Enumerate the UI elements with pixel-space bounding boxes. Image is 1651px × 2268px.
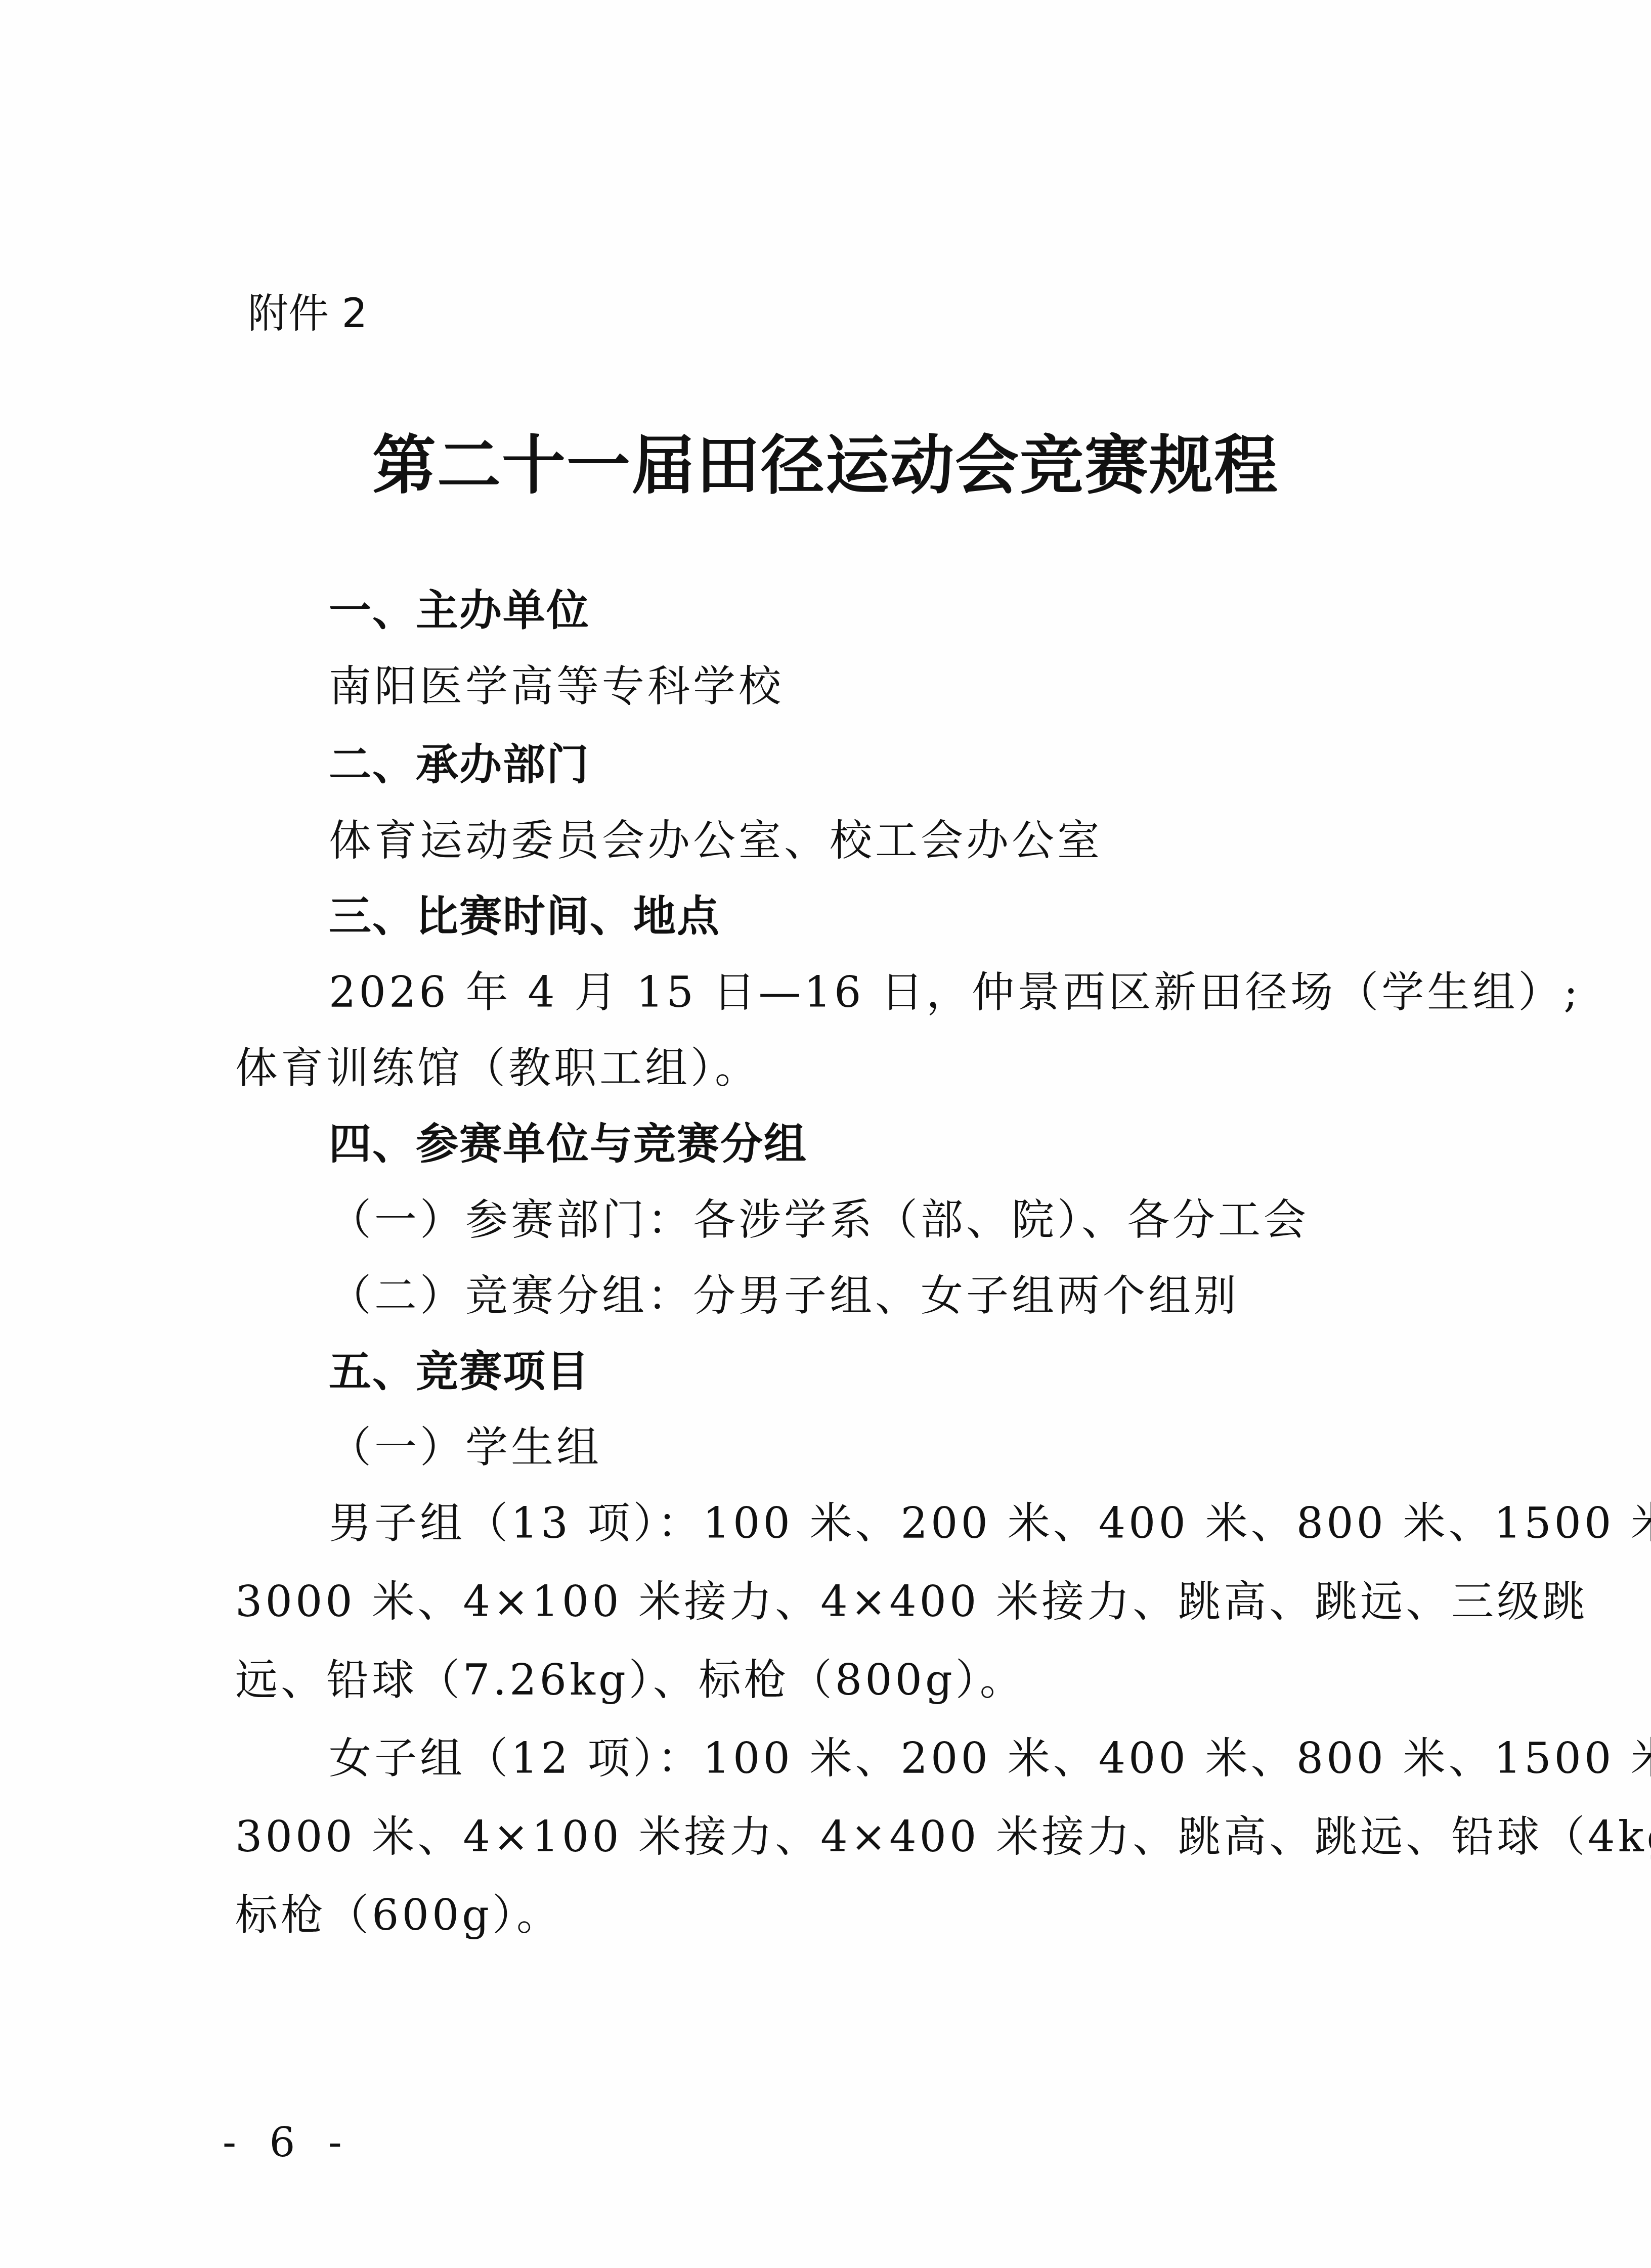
page-number: - 6 - bbox=[223, 2119, 352, 2166]
section-body: 2026 年 4 月 15 日—16 日，仲景西区新田径场（学生组）; bbox=[329, 958, 1581, 1019]
section-body: 3000 米、4×100 米接力、4×400 米接力、跳高、跳远、铅球（4kg）… bbox=[235, 1803, 1651, 1864]
document-page: 附件 2 第二十一届田径运动会竞赛规程 一、主办单位 南阳医学高等专科学校 二、… bbox=[0, 0, 1651, 2268]
section-body: 远、铅球（7.26kg）、标枪（800g）。 bbox=[235, 1646, 1025, 1707]
section-body: 标枪（600g）。 bbox=[235, 1881, 562, 1942]
section-heading-2: 二、承办部门 bbox=[329, 731, 590, 792]
attachment-label: 附件 2 bbox=[248, 281, 367, 339]
section-body: 南阳医学高等专科学校 bbox=[329, 652, 784, 714]
section-body: 女子组（12 项）：100 米、200 米、400 米、800 米、1500 米… bbox=[329, 1724, 1651, 1786]
section-heading-5: 五、竞赛项目 bbox=[329, 1338, 590, 1399]
section-body: （二）竞赛分组：分男子组、女子组两个组别 bbox=[329, 1262, 1239, 1323]
section-body: 3000 米、4×100 米接力、4×400 米接力、跳高、跳远、三级跳 bbox=[235, 1568, 1588, 1629]
section-body: （一）参赛部门：各涉学系（部、院）、各分工会 bbox=[329, 1186, 1309, 1247]
document-title: 第二十一届田径运动会竞赛规程 bbox=[0, 415, 1651, 506]
section-heading-3: 三、比赛时间、地点 bbox=[329, 882, 720, 944]
section-body: 男子组（13 项）：100 米、200 米、400 米、800 米、1500 米… bbox=[329, 1489, 1651, 1550]
section-heading-1: 一、主办单位 bbox=[329, 576, 590, 638]
section-heading-4: 四、参赛单位与竞赛分组 bbox=[329, 1110, 807, 1171]
section-body: 体育运动委员会办公室、校工会办公室 bbox=[329, 807, 1103, 868]
subsection-heading: （一）学生组 bbox=[329, 1413, 602, 1475]
section-body: 体育训练馆（教职工组）。 bbox=[235, 1034, 760, 1095]
